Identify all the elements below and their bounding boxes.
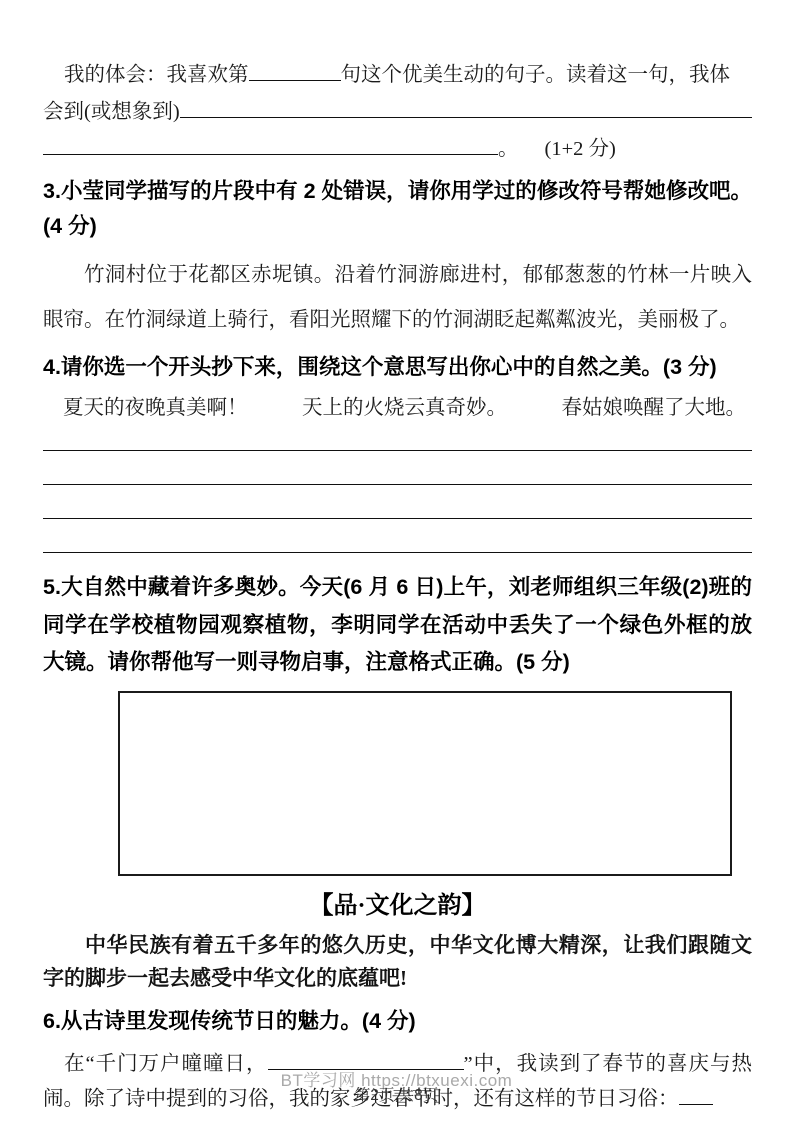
answer-line [43, 519, 752, 553]
q5-lost-notice-writing-box [118, 691, 732, 876]
q6-stem: 6.从古诗里发现传统节日的魅力。(4 分) [43, 1004, 752, 1039]
q4-option-spring-girl: 春姑娘唤醒了大地。 [562, 394, 747, 422]
section-intro-text: 中华民族有着五千多年的悠久历史，中华文化博大精深，让我们跟随文字的脚步一起去感受… [43, 929, 752, 995]
q4-option-summer-night: 夏天的夜晚真美啊！ [63, 394, 248, 422]
q3-stem: 3.小莹同学描写的片段中有 2 处错误，请你用学过的修改符号帮她修改吧。(4 分… [43, 174, 752, 244]
exam-content: 我的体会：我喜欢第句这个优美生动的句子。读着这一句，我体 会到(或想象到) 。(… [43, 0, 752, 1117]
answer-line [43, 422, 752, 451]
q2-response-line2-label: 会到(或想象到) [43, 98, 180, 126]
page-number-indicator: 第2页,共8页 [0, 1083, 793, 1105]
q3-passage: 竹洞村位于花都区赤坭镇。沿着竹洞游廊进村，郁郁葱葱的竹林一片映入眼帘。在竹洞绿道… [43, 253, 752, 343]
q4-options: 夏天的夜晚真美啊！ 天上的火烧云真奇妙。 春姑娘唤醒了大地。 [43, 394, 752, 422]
q2-response-post: 句这个优美生动的句子。读着这一句，我体 [341, 64, 731, 86]
exam-paper-page: 我的体会：我喜欢第句这个优美生动的句子。读着这一句，我体 会到(或想象到) 。(… [0, 0, 793, 1122]
section-title-culture: 【品·文化之韵】 [43, 891, 752, 921]
q4-stem: 4.请你选一个开头抄下来，围绕这个意思写出你心中的自然之美。(3 分) [43, 350, 752, 385]
q2-response-line2: 会到(或想象到) [43, 98, 752, 126]
q4-option-burning-clouds: 天上的火烧云真奇妙。 [302, 394, 507, 422]
q5-stem: 5.大自然中藏着许多奥妙。今天(6 月 6 日)上午，刘老师组织三年级(2)班的… [43, 569, 752, 682]
q2-fill-blank-line2 [43, 138, 498, 155]
q2-fill-blank-sentence-number [249, 64, 341, 81]
q4-answer-lines [43, 422, 752, 553]
q2-fill-blank-line [180, 113, 752, 118]
q2-response-line3: 。(1+2 分) [43, 135, 752, 163]
q2-score-label: (1+2 分) [545, 138, 616, 160]
answer-line [43, 485, 752, 519]
q2-response-pre: 我的体会：我喜欢第 [64, 64, 249, 86]
q2-response-line1: 我的体会：我喜欢第句这个优美生动的句子。读着这一句，我体 [43, 61, 752, 89]
answer-line [43, 451, 752, 485]
q2-period: 。 [498, 138, 519, 160]
